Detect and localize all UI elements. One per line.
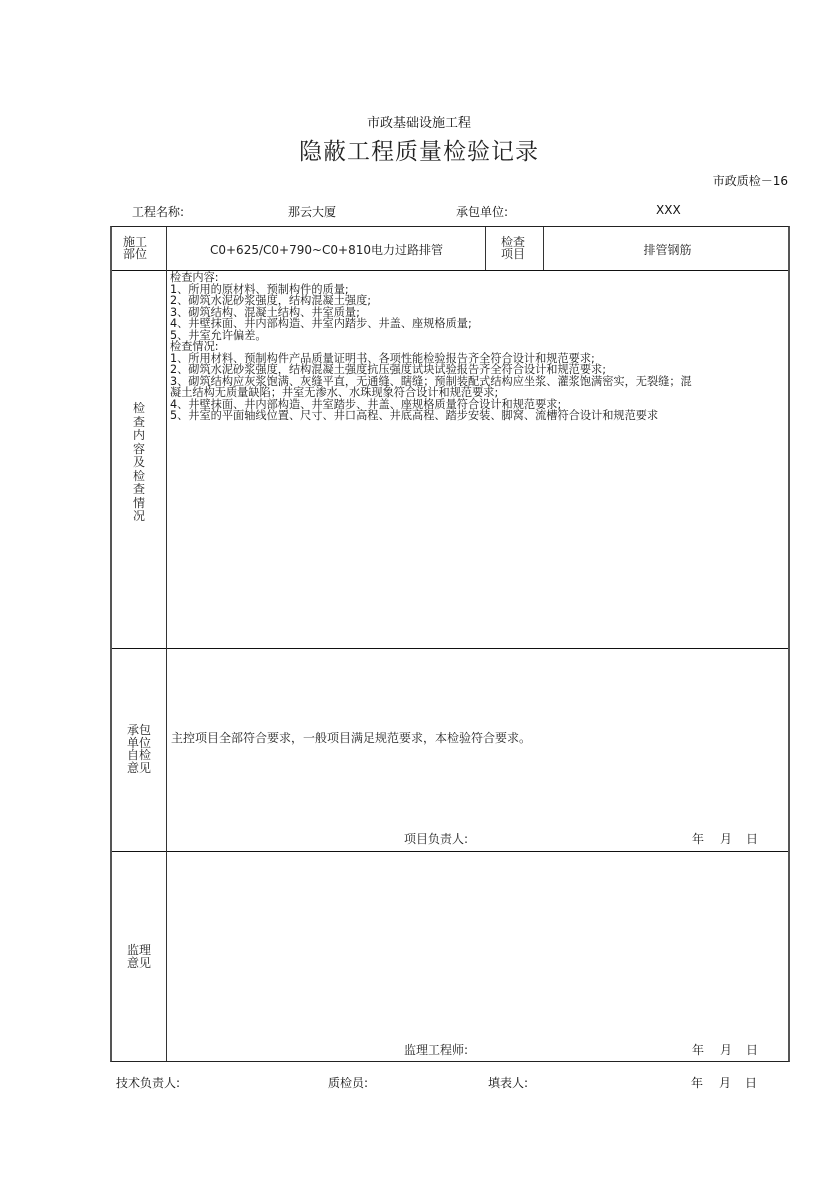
row-divider: [112, 648, 788, 649]
content-item: 2、砌筑水泥砂浆强度，结构混凝土强度;: [170, 295, 786, 307]
contractor-value: XXX: [656, 203, 681, 217]
content-item: 4、井壁抹面、井内部构造、井室内踏步、井盖、座规格质量;: [170, 318, 786, 330]
footer-date-year: 年: [691, 1074, 703, 1091]
footer-date-month: 月: [719, 1074, 731, 1091]
column-divider: [166, 227, 167, 1061]
inspection-section-label: 检查内容及检查情况: [132, 402, 146, 524]
inspection-record-table: 施工部位 C0+625/C0+790~C0+810电力过路排管 检查项目 排管钢…: [110, 226, 790, 1062]
row-divider: [112, 851, 788, 852]
construction-part-value: C0+625/C0+790~C0+810电力过路排管: [168, 241, 485, 258]
inspection-item-label: 检查项目: [498, 236, 528, 260]
date-year: 年: [692, 830, 704, 847]
footer-date-day: 日: [745, 1074, 757, 1091]
content-item: 5、井室允许偏差。: [170, 330, 786, 342]
technical-lead-label: 技术负责人:: [116, 1074, 180, 1091]
date-year: 年: [692, 1041, 704, 1058]
inspection-item-value: 排管钢筋: [545, 241, 790, 258]
status-item: 5、井室的平面轴线位置、尺寸、井口高程、井底高程、踏步安装、脚窝、流槽符合设计和…: [170, 410, 786, 422]
content-title: 检查内容:: [170, 272, 786, 284]
column-divider: [485, 227, 486, 270]
document-subtitle: 市政基础设施工程: [0, 112, 838, 131]
supervisor-opinion-label: 监理意见: [125, 944, 153, 969]
date-day: 日: [746, 1041, 758, 1058]
form-number: 市政质检－16: [713, 172, 788, 189]
contractor-opinion-text: 主控项目全部符合要求，一般项目满足规范要求，本检验符合要求。: [171, 729, 531, 746]
contractor-opinion-label: 承包单位自检意见: [125, 724, 153, 774]
quality-inspector-label: 质检员:: [328, 1074, 368, 1091]
status-item: 2、砌筑水泥砂浆强度，结构混凝土强度抗压强度试块试验报告齐全符合设计和规范要求;: [170, 364, 786, 376]
column-divider: [543, 227, 544, 270]
date-month: 月: [720, 830, 732, 847]
status-title: 检查情况:: [170, 341, 786, 353]
supervising-engineer-signature-label: 监理工程师:: [404, 1041, 468, 1058]
document-title: 隐蔽工程质量检验记录: [0, 133, 838, 166]
contractor-label: 承包单位:: [456, 203, 508, 220]
inspection-content-block: 检查内容: 1、所用的原材料、预制构件的质量; 2、砌筑水泥砂浆强度，结构混凝土…: [170, 272, 786, 422]
construction-part-label: 施工部位: [120, 236, 150, 260]
project-name-value: 那云大厦: [288, 203, 336, 220]
status-item: 凝土结构无质量缺陷；井室无渗水、水珠现象符合设计和规范要求;: [170, 387, 786, 399]
form-filler-label: 填表人:: [488, 1074, 528, 1091]
date-month: 月: [720, 1041, 732, 1058]
project-name-label: 工程名称:: [132, 203, 184, 220]
project-manager-signature-label: 项目负责人:: [404, 830, 468, 847]
date-day: 日: [746, 830, 758, 847]
